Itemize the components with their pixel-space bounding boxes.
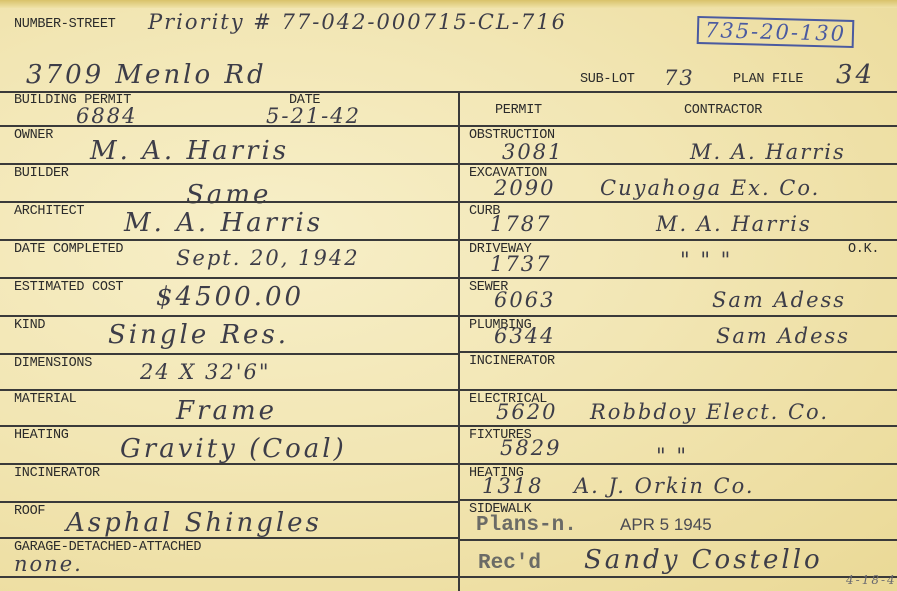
field-value: $4500.00	[156, 282, 304, 312]
field-label-heating: HEATING	[14, 428, 69, 443]
rule	[0, 91, 897, 93]
permit-label-incinerator: INCINERATOR	[469, 354, 555, 369]
permit-number: 2090	[494, 176, 555, 200]
rule	[0, 353, 458, 355]
field-label-roof: ROOF	[14, 504, 45, 519]
contractor-name: M. A. Harris	[656, 212, 812, 236]
field-value: Gravity (Coal)	[120, 434, 347, 464]
field-label-date-completed: DATE COMPLETED	[14, 242, 123, 257]
field-label-builder: BUILDER	[14, 166, 69, 181]
rule	[458, 277, 897, 279]
field-label-estimated-cost: ESTIMATED COST	[14, 280, 123, 295]
rule	[458, 389, 897, 391]
received-label: Rec'd	[478, 552, 541, 575]
rule	[0, 315, 458, 317]
rule	[0, 537, 458, 539]
permit-number: 1787	[490, 212, 551, 236]
rule	[0, 501, 458, 503]
rule	[0, 425, 458, 427]
field-value: M. A. Harris	[124, 208, 323, 238]
contractor-name: Sam Adess	[712, 288, 846, 312]
rule	[458, 201, 897, 203]
rule	[458, 315, 897, 317]
contractor-name: " " "	[680, 248, 732, 272]
rule	[458, 125, 897, 127]
rule	[458, 539, 897, 541]
rule	[0, 125, 458, 127]
rule	[0, 239, 458, 241]
sidewalk-date-stamp: APR 5 1945	[620, 515, 712, 535]
permit-number: 6344	[494, 324, 555, 348]
field-label-material: MATERIAL	[14, 392, 76, 407]
priority-note: Priority # 77-042-000715-CL-716	[148, 10, 567, 34]
rule	[458, 425, 897, 427]
rule	[458, 499, 897, 501]
rule	[458, 239, 897, 241]
contractor-name: Cuyahoga Ex. Co.	[600, 176, 820, 200]
rule	[0, 163, 458, 165]
permit-number: 3081	[502, 140, 563, 164]
field-label-architect: ARCHITECT	[14, 204, 84, 219]
field-label-incinerator: INCINERATOR	[14, 466, 100, 481]
contractor-name: Robbdoy Elect. Co.	[590, 400, 829, 424]
rule	[458, 463, 897, 465]
field-value: Sept. 20, 1942	[176, 246, 360, 270]
field-value: M. A. Harris	[90, 136, 289, 166]
rule	[458, 576, 897, 578]
boxed-record-number: 735-20-130	[697, 16, 855, 48]
permit-number: 1318	[482, 474, 543, 498]
sidewalk-plans-stamp: Plans-n.	[476, 514, 577, 537]
permit-number: 1737	[490, 252, 551, 276]
field-value: Same	[186, 180, 271, 210]
contractor-name: A. J. Orkin Co.	[574, 474, 755, 498]
address: 3709 Menlo Rd	[26, 60, 267, 90]
plan-file-label: PLAN FILE	[733, 72, 803, 87]
sub-lot-label: SUB-LOT	[580, 72, 635, 87]
rule	[0, 389, 458, 391]
contractor-name: M. A. Harris	[690, 140, 846, 164]
field-value: Single Res.	[108, 320, 289, 350]
rule	[458, 351, 897, 353]
field-value: Asphal Shingles	[66, 508, 322, 538]
contractor-column-header: CONTRACTOR	[684, 103, 762, 118]
permit-number: 6063	[494, 288, 555, 312]
rule	[0, 576, 458, 578]
field-label-kind: KIND	[14, 318, 45, 333]
sub-lot-value: 73	[664, 66, 695, 90]
permit-number: 5829	[500, 436, 561, 460]
building-record-card: NUMBER-STREET Priority # 77-042-000715-C…	[0, 0, 897, 591]
number-street-label: NUMBER-STREET	[14, 17, 115, 32]
rule	[0, 201, 458, 203]
column-divider	[458, 91, 460, 591]
approval-note: O.K.	[848, 242, 879, 257]
field-label-owner: OWNER	[14, 128, 53, 143]
field-value: none.	[14, 552, 83, 576]
received-date: 4-18-45	[846, 573, 897, 587]
rule	[0, 463, 458, 465]
permit-number: 5620	[496, 400, 557, 424]
received-by-signature: Sandy Costello	[584, 545, 823, 575]
rule	[0, 277, 458, 279]
plan-file-value: 34	[836, 60, 875, 90]
field-value: Frame	[176, 396, 277, 426]
field-label-dimensions: DIMENSIONS	[14, 356, 92, 371]
contractor-name: Sam Adess	[716, 324, 850, 348]
permit-column-header: PERMIT	[495, 103, 542, 118]
field-value: 24 X 32'6"	[140, 360, 271, 384]
rule	[458, 163, 897, 165]
